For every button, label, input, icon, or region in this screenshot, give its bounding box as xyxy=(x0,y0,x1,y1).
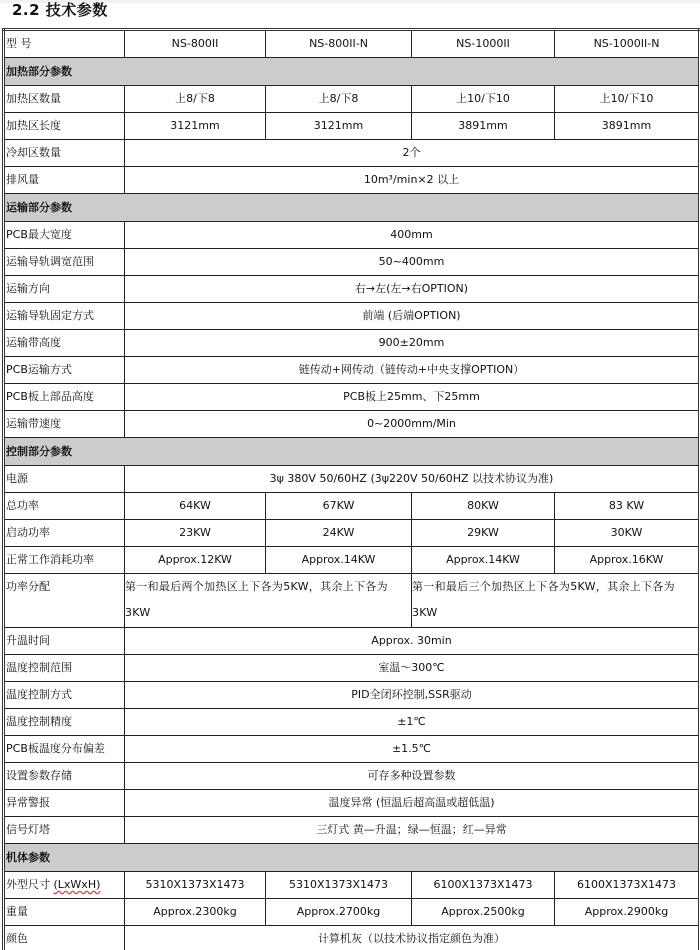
cell: 三灯式 黄—升温；绿—恒温；红—异常 xyxy=(125,817,700,844)
model-cell: NS-1000II xyxy=(412,30,555,58)
table-row: 升温时间 Approx. 30min xyxy=(4,628,700,655)
cell: 5310X1373X1473 xyxy=(125,872,266,899)
cell: Approx.2700kg xyxy=(266,899,412,926)
cell: 80KW xyxy=(412,493,555,520)
cell: ±1℃ xyxy=(125,709,700,736)
row-label: 运输带速度 xyxy=(4,411,125,438)
cell: 30KW xyxy=(555,520,700,547)
table-row: 加热区长度 3121mm 3121mm 3891mm 3891mm xyxy=(4,113,700,140)
cell: 2个 xyxy=(125,140,700,167)
table-row: 异常警报 温度异常 (恒温后超高温或超低温) xyxy=(4,790,700,817)
section-title: 运输部分参数 xyxy=(4,194,700,222)
table-row: 温度控制精度 ±1℃ xyxy=(4,709,700,736)
cell: 链传动+网传动（链传动+中央支撑OPTION） xyxy=(125,357,700,384)
cell: Approx.16KW xyxy=(555,547,700,574)
cell: Approx. 30min xyxy=(125,628,700,655)
section-title: 加热部分参数 xyxy=(4,58,700,86)
model-cell: NS-800II xyxy=(125,30,266,58)
cell: 3121mm xyxy=(266,113,412,140)
row-label: 运输带高度 xyxy=(4,330,125,357)
row-label: 冷却区数量 xyxy=(4,140,125,167)
table-row: 运输导轨固定方式 前端 (后端OPTION) xyxy=(4,303,700,330)
cell: 64KW xyxy=(125,493,266,520)
table-row: 运输带高度 900±20mm xyxy=(4,330,700,357)
section-header-control: 控制部分参数 xyxy=(4,438,700,466)
row-label: PCB运输方式 xyxy=(4,357,125,384)
row-label: 加热区数量 xyxy=(4,86,125,113)
cell: Approx.14KW xyxy=(266,547,412,574)
row-label: 排风量 xyxy=(4,167,125,194)
cell: Approx.2500kg xyxy=(412,899,555,926)
row-label: PCB板温度分布偏差 xyxy=(4,736,125,763)
cell: 10m³/min×2 以上 xyxy=(125,167,700,194)
table-row: 总功率 64KW 67KW 80KW 83 KW xyxy=(4,493,700,520)
cell: 温度异常 (恒温后超高温或超低温) xyxy=(125,790,700,817)
row-label: 升温时间 xyxy=(4,628,125,655)
row-label: 正常工作消耗功率 xyxy=(4,547,125,574)
table-row: 冷却区数量 2个 xyxy=(4,140,700,167)
row-label: 异常警报 xyxy=(4,790,125,817)
row-label: 外型尺寸 (LxWxH) xyxy=(4,872,125,899)
table-row: PCB板温度分布偏差 ±1.5℃ xyxy=(4,736,700,763)
cell: PCB板上25mm、下25mm xyxy=(125,384,700,411)
row-label: 电源 xyxy=(4,466,125,493)
row-label: 重量 xyxy=(4,899,125,926)
table-row: 正常工作消耗功率 Approx.12KW Approx.14KW Approx.… xyxy=(4,547,700,574)
model-cell: NS-800II-N xyxy=(266,30,412,58)
cell: 3891mm xyxy=(412,113,555,140)
row-label: 温度控制方式 xyxy=(4,682,125,709)
table-row: 温度控制方式 PID全闭环控制,SSR驱动 xyxy=(4,682,700,709)
cell: 5310X1373X1473 xyxy=(266,872,412,899)
row-label: 运输导轨固定方式 xyxy=(4,303,125,330)
cell: 上10/下10 xyxy=(412,86,555,113)
section-header-heating: 加热部分参数 xyxy=(4,58,700,86)
cell: 第一和最后三个加热区上下各为5KW，其余上下各为3KW xyxy=(412,574,700,628)
table-row: 温度控制范围 室温～300℃ xyxy=(4,655,700,682)
row-label: 设置参数存储 xyxy=(4,763,125,790)
cell: 3121mm xyxy=(125,113,266,140)
section-title: 机体参数 xyxy=(4,844,700,872)
cell: 上8/下8 xyxy=(266,86,412,113)
cell: 50~400mm xyxy=(125,249,700,276)
cell: 可存多种设置参数 xyxy=(125,763,700,790)
table-row: 加热区数量 上8/下8 上8/下8 上10/下10 上10/下10 xyxy=(4,86,700,113)
cell: 右→左(左→右OPTION) xyxy=(125,276,700,303)
row-label: 温度控制精度 xyxy=(4,709,125,736)
table-row: PCB最大宽度 400mm xyxy=(4,222,700,249)
cell: 0~2000mm/Min xyxy=(125,411,700,438)
cell: 67KW xyxy=(266,493,412,520)
model-cell: NS-1000II-N xyxy=(555,30,700,58)
table-row: 功率分配 第一和最后两个加热区上下各为5KW，其余上下各为3KW 第一和最后三个… xyxy=(4,574,700,628)
table-row: 运输带速度 0~2000mm/Min xyxy=(4,411,700,438)
cell: 900±20mm xyxy=(125,330,700,357)
table-row: 运输导轨调宽范围 50~400mm xyxy=(4,249,700,276)
section-header-transport: 运输部分参数 xyxy=(4,194,700,222)
table-row: 重量 Approx.2300kg Approx.2700kg Approx.25… xyxy=(4,899,700,926)
row-label-main: 外型尺寸 xyxy=(6,878,54,891)
cell: 3891mm xyxy=(555,113,700,140)
cell: Approx.2900kg xyxy=(555,899,700,926)
cell: PID全闭环控制,SSR驱动 xyxy=(125,682,700,709)
cell: 83 KW xyxy=(555,493,700,520)
row-label: 温度控制范围 xyxy=(4,655,125,682)
cell: 24KW xyxy=(266,520,412,547)
table-row: PCB运输方式 链传动+网传动（链传动+中央支撑OPTION） xyxy=(4,357,700,384)
section-header-machine: 机体参数 xyxy=(4,844,700,872)
cell: 上8/下8 xyxy=(125,86,266,113)
row-label-sub: (LxWxH) xyxy=(54,878,101,891)
row-label: 总功率 xyxy=(4,493,125,520)
cell: ±1.5℃ xyxy=(125,736,700,763)
table-row: 设置参数存储 可存多种设置参数 xyxy=(4,763,700,790)
cell: Approx.2300kg xyxy=(125,899,266,926)
cell: 6100X1373X1473 xyxy=(555,872,700,899)
cell: 3ψ 380V 50/60HZ (3ψ220V 50/60HZ 以技术协议为准) xyxy=(125,466,700,493)
table-row: 启动功率 23KW 24KW 29KW 30KW xyxy=(4,520,700,547)
cell: 计算机灰（以技术协议指定颜色为准） xyxy=(125,926,700,950)
table-row: 运输方向 右→左(左→右OPTION) xyxy=(4,276,700,303)
row-label: PCB最大宽度 xyxy=(4,222,125,249)
cell: Approx.14KW xyxy=(412,547,555,574)
row-label: 信号灯塔 xyxy=(4,817,125,844)
cell: 上10/下10 xyxy=(555,86,700,113)
cell: 第一和最后两个加热区上下各为5KW，其余上下各为3KW xyxy=(125,574,412,628)
row-label: 功率分配 xyxy=(4,574,125,628)
row-label: 颜色 xyxy=(4,926,125,950)
cell: 前端 (后端OPTION) xyxy=(125,303,700,330)
cell: 29KW xyxy=(412,520,555,547)
row-label: 启动功率 xyxy=(4,520,125,547)
table-row: 排风量 10m³/min×2 以上 xyxy=(4,167,700,194)
table-row: 外型尺寸 (LxWxH) 5310X1373X1473 5310X1373X14… xyxy=(4,872,700,899)
table-row: 电源 3ψ 380V 50/60HZ (3ψ220V 50/60HZ 以技术协议… xyxy=(4,466,700,493)
row-label: 型 号 xyxy=(4,30,125,58)
table-row: 信号灯塔 三灯式 黄—升温；绿—恒温；红—异常 xyxy=(4,817,700,844)
spec-table: 型 号 NS-800II NS-800II-N NS-1000II NS-100… xyxy=(2,28,700,950)
section-title: 控制部分参数 xyxy=(4,438,700,466)
cell: 室温～300℃ xyxy=(125,655,700,682)
cell: 6100X1373X1473 xyxy=(412,872,555,899)
model-row: 型 号 NS-800II NS-800II-N NS-1000II NS-100… xyxy=(4,30,700,58)
table-row: PCB板上部品高度 PCB板上25mm、下25mm xyxy=(4,384,700,411)
cell: 400mm xyxy=(125,222,700,249)
cell: Approx.12KW xyxy=(125,547,266,574)
row-label: 加热区长度 xyxy=(4,113,125,140)
row-label: 运输导轨调宽范围 xyxy=(4,249,125,276)
row-label: 运输方向 xyxy=(4,276,125,303)
page-title: 2.2 技术参数 xyxy=(12,0,108,20)
table-row: 颜色 计算机灰（以技术协议指定颜色为准） xyxy=(4,926,700,950)
row-label: PCB板上部品高度 xyxy=(4,384,125,411)
cell: 23KW xyxy=(125,520,266,547)
